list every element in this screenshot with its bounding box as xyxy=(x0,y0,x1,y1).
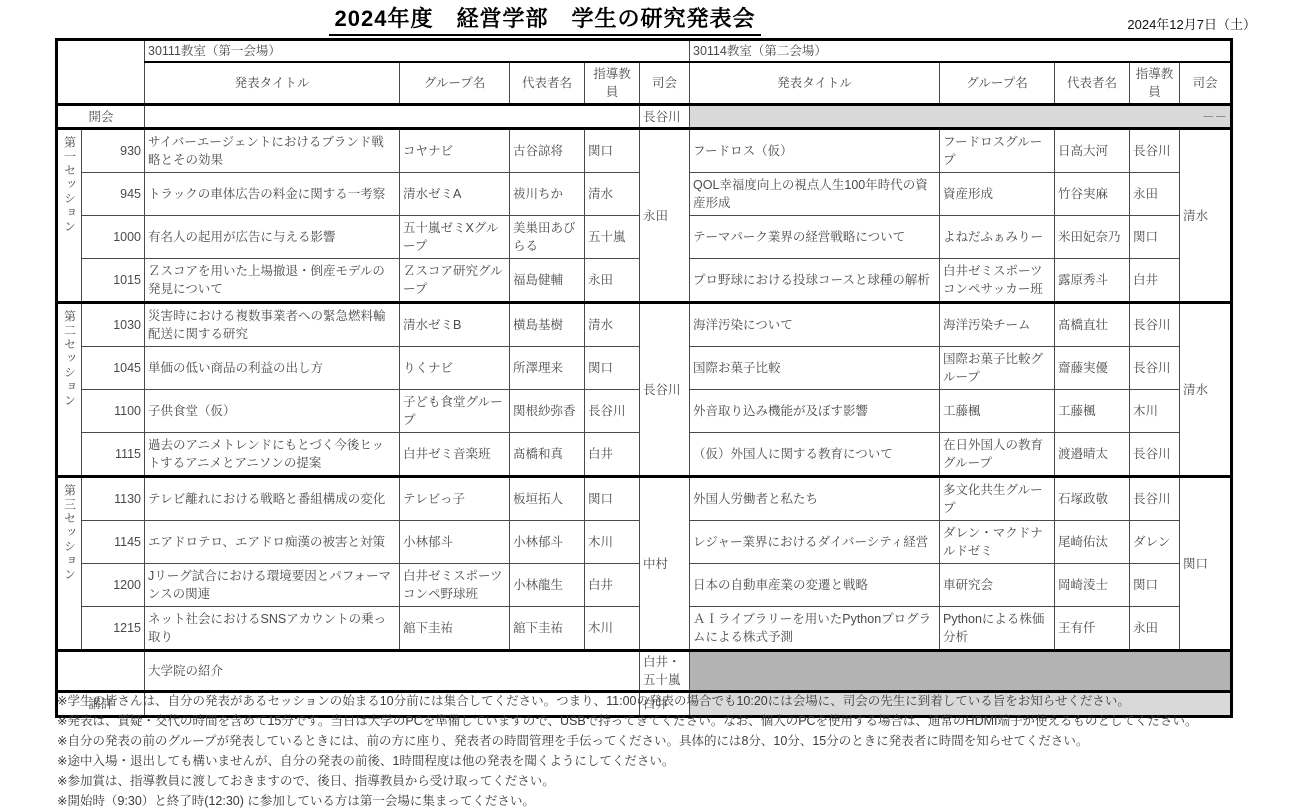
group-right: 海洋汚染チーム xyxy=(940,303,1055,347)
title-left: 子供食堂（仮） xyxy=(145,390,400,433)
session-3-label: 第三セッション xyxy=(64,484,76,644)
event-date: 2024年12月7日（土） xyxy=(1127,14,1256,33)
session-1-label: 第一セッション xyxy=(64,136,76,296)
title-right: （仮）外国人に関する教育について xyxy=(690,433,940,477)
group-right: よねだふぁみりー xyxy=(940,216,1055,259)
time-cell: 945 xyxy=(82,173,145,216)
title-left: Ｚスコアを用いた上場撤退・倒産モデルの発見について xyxy=(145,259,400,303)
advisor-left: 関口 xyxy=(585,129,640,173)
rep-right: 露原秀斗 xyxy=(1055,259,1130,303)
group-right: 在日外国人の教育グループ xyxy=(940,433,1055,477)
advisor-right: 長谷川 xyxy=(1130,347,1180,390)
colhead-title-left: 発表タイトル xyxy=(145,62,400,105)
rep-right: 齋藤実優 xyxy=(1055,347,1130,390)
moderator-left: 中村 xyxy=(640,477,690,651)
title-right: 日本の自動車産業の変遷と戦略 xyxy=(690,564,940,607)
title-right: 外国人労働者と私たち xyxy=(690,477,940,521)
rep-right: 王有仟 xyxy=(1055,607,1130,651)
group-left: 清水ゼミA xyxy=(400,173,510,216)
colhead-title-right: 発表タイトル xyxy=(690,62,940,105)
footer-notes: ※学生の皆さんは、自分の発表があるセッションの始まる10分前には集合してください… xyxy=(57,691,1297,810)
title-left: 単価の低い商品の利益の出し方 xyxy=(145,347,400,390)
time-cell: 1215 xyxy=(82,607,145,651)
advisor-left: 白井 xyxy=(585,433,640,477)
session-1-label-cell: 第一セッション xyxy=(57,129,82,303)
colhead-rep-right: 代表者名 xyxy=(1055,62,1130,105)
advisor-left: 木川 xyxy=(585,607,640,651)
rep-right: 竹谷実麻 xyxy=(1055,173,1130,216)
opening-left-blank xyxy=(145,105,640,129)
colhead-advisor-left: 指導教員 xyxy=(585,62,640,105)
group-right: 多文化共生グループ xyxy=(940,477,1055,521)
advisor-right: 長谷川 xyxy=(1130,477,1180,521)
time-cell: 1130 xyxy=(82,477,145,521)
advisor-left: 清水 xyxy=(585,303,640,347)
note-line: ※学生の皆さんは、自分の発表があるセッションの始まる10分前には集合してください… xyxy=(57,691,1297,711)
colhead-group-left: グループ名 xyxy=(400,62,510,105)
colhead-moderator-left: 司会 xyxy=(640,62,690,105)
opening-right-shaded: －－ xyxy=(690,105,1232,129)
title-right: レジャー業界におけるダイバーシティ経営 xyxy=(690,521,940,564)
colhead-rep-left: 代表者名 xyxy=(510,62,585,105)
moderator-right: 関口 xyxy=(1180,477,1232,651)
note-line: ※発表は、質疑・交代の時間を含めて15分です。当日は大学のPCを準備していますの… xyxy=(57,711,1297,731)
rep-right: 工藤楓 xyxy=(1055,390,1130,433)
grad-intro-title: 大学院の紹介 xyxy=(145,651,640,692)
rep-left: 板垣拓人 xyxy=(510,477,585,521)
rep-left: 髙橋和真 xyxy=(510,433,585,477)
rep-right: 尾崎佑汰 xyxy=(1055,521,1130,564)
title-left: Jリーグ試合における環境要因とパフォーマンスの関連 xyxy=(145,564,400,607)
opening-label: 開会 xyxy=(57,105,145,129)
advisor-right: ダレン xyxy=(1130,521,1180,564)
advisor-right: 木川 xyxy=(1130,390,1180,433)
title-right: プロ野球における投球コースと球種の解析 xyxy=(690,259,940,303)
group-left: りくナビ xyxy=(400,347,510,390)
venue-name-right: 30114教室（第二会場） xyxy=(690,40,1232,63)
time-cell: 1000 xyxy=(82,216,145,259)
session-3-label-cell: 第三セッション xyxy=(57,477,82,651)
grad-intro-moderator: 白井・五十嵐 xyxy=(640,651,690,692)
rep-left: 美巣田あびらる xyxy=(510,216,585,259)
title-left: テレビ離れにおける戦略と番組構成の変化 xyxy=(145,477,400,521)
table-row: 第一セッション 930 サイバーエージェントにおけるブランド戦略とその効果 コヤ… xyxy=(57,129,1232,173)
rep-right: 髙橋直壮 xyxy=(1055,303,1130,347)
group-right: 国際お菓子比較グループ xyxy=(940,347,1055,390)
title-right: 海洋汚染について xyxy=(690,303,940,347)
time-cell: 1030 xyxy=(82,303,145,347)
advisor-left: 白井 xyxy=(585,564,640,607)
advisor-right: 白井 xyxy=(1130,259,1180,303)
advisor-left: 永田 xyxy=(585,259,640,303)
venue-name-left: 30111教室（第一会場） xyxy=(145,40,690,63)
title-right: 国際お菓子比較 xyxy=(690,347,940,390)
advisor-left: 関口 xyxy=(585,347,640,390)
title-left: ネット社会におけるSNSアカウントの乗っ取り xyxy=(145,607,400,651)
title-left: 有名人の起用が広告に与える影響 xyxy=(145,216,400,259)
advisor-left: 清水 xyxy=(585,173,640,216)
title-left: トラックの車体広告の料金に関する一考察 xyxy=(145,173,400,216)
group-left: 小林郁斗 xyxy=(400,521,510,564)
group-right: 工藤楓 xyxy=(940,390,1055,433)
title-right: 外音取り込み機能が及ぼす影響 xyxy=(690,390,940,433)
page-root: { "page": { "title": "2024年度 経営学部 学生の研究発… xyxy=(0,0,1300,810)
time-cell: 1200 xyxy=(82,564,145,607)
schedule-table: 30111教室（第一会場） 30114教室（第二会場） 発表タイトル グループ名… xyxy=(55,38,1233,718)
group-right: Pythonによる株価分析 xyxy=(940,607,1055,651)
time-cell: 1115 xyxy=(82,433,145,477)
title-left: エアドロテロ、エアドロ痴漢の被害と対策 xyxy=(145,521,400,564)
rep-left: 横島基樹 xyxy=(510,303,585,347)
grad-intro-right-shaded xyxy=(690,651,1232,692)
title-right: QOL幸福度向上の視点人生100年時代の資産形成 xyxy=(690,173,940,216)
group-right: フードロスグループ xyxy=(940,129,1055,173)
note-line: ※途中入場・退出しても構いませんが、自分の発表の前後、1時間程度は他の発表を聞く… xyxy=(57,751,1297,771)
page-title-wrap: 2024年度 経営学部 学生の研究発表会 xyxy=(0,2,1090,36)
note-line: ※開始時（9:30）と終了時(12:30) に参加している方は第一会場に集まって… xyxy=(57,791,1297,810)
opening-left-moderator: 長谷川 xyxy=(640,105,690,129)
advisor-left: 木川 xyxy=(585,521,640,564)
session-2-label: 第二セッション xyxy=(64,310,76,470)
page-title: 2024年度 経営学部 学生の研究発表会 xyxy=(329,2,762,36)
title-right: フードロス（仮） xyxy=(690,129,940,173)
title-right: テーマパーク業界の経営戦略について xyxy=(690,216,940,259)
session-2-label-cell: 第二セッション xyxy=(57,303,82,477)
group-left: 清水ゼミB xyxy=(400,303,510,347)
rep-right: 日高大河 xyxy=(1055,129,1130,173)
note-line: ※自分の発表の前のグループが発表しているときには、前の方に座り、発表者の時間管理… xyxy=(57,731,1297,751)
advisor-left: 関口 xyxy=(585,477,640,521)
rep-left: 所澤理来 xyxy=(510,347,585,390)
rep-right: 石塚政敬 xyxy=(1055,477,1130,521)
group-left: テレビっ子 xyxy=(400,477,510,521)
group-right: ダレン・マクドナルドゼミ xyxy=(940,521,1055,564)
rep-left: 古谷諒将 xyxy=(510,129,585,173)
title-left: サイバーエージェントにおけるブランド戦略とその効果 xyxy=(145,129,400,173)
rep-left: 関根紗弥香 xyxy=(510,390,585,433)
colhead-group-right: グループ名 xyxy=(940,62,1055,105)
time-cell: 1100 xyxy=(82,390,145,433)
rep-right: 岡崎淩士 xyxy=(1055,564,1130,607)
advisor-left: 長谷川 xyxy=(585,390,640,433)
colhead-moderator-right: 司会 xyxy=(1180,62,1232,105)
advisor-right: 関口 xyxy=(1130,564,1180,607)
title-left: 災害時における複数事業者への緊急燃料輸配送に関する研究 xyxy=(145,303,400,347)
group-right: 車研究会 xyxy=(940,564,1055,607)
moderator-right: 清水 xyxy=(1180,303,1232,477)
table-row: 第二セッション 1030 災害時における複数事業者への緊急燃料輸配送に関する研究… xyxy=(57,303,1232,347)
group-left: 子ども食堂グループ xyxy=(400,390,510,433)
time-cell: 1015 xyxy=(82,259,145,303)
group-right: 白井ゼミスポーツコンペサッカー班 xyxy=(940,259,1055,303)
advisor-right: 永田 xyxy=(1130,173,1180,216)
rep-left: 福島健輔 xyxy=(510,259,585,303)
rep-left: 舘下圭祐 xyxy=(510,607,585,651)
advisor-right: 長谷川 xyxy=(1130,303,1180,347)
table-row: 第三セッション 1130 テレビ離れにおける戦略と番組構成の変化 テレビっ子 板… xyxy=(57,477,1232,521)
time-cell: 1045 xyxy=(82,347,145,390)
advisor-right: 長谷川 xyxy=(1130,129,1180,173)
group-left: Ｚスコア研究グループ xyxy=(400,259,510,303)
note-line: ※参加賞は、指導教員に渡しておきますので、後日、指導教員から受け取ってください。 xyxy=(57,771,1297,791)
title-right: ＡＩライブラリーを用いたPythonプログラムによる株式予測 xyxy=(690,607,940,651)
rep-right: 渡邉晴太 xyxy=(1055,433,1130,477)
advisor-right: 関口 xyxy=(1130,216,1180,259)
advisor-right: 永田 xyxy=(1130,607,1180,651)
grad-intro-blank xyxy=(57,651,145,692)
time-cell: 1145 xyxy=(82,521,145,564)
title-left: 過去のアニメトレンドにもとづく今後ヒットするアニメとアニソンの提案 xyxy=(145,433,400,477)
group-left: コヤナビ xyxy=(400,129,510,173)
moderator-right: 清水 xyxy=(1180,129,1232,303)
group-right: 資産形成 xyxy=(940,173,1055,216)
rep-left: 小林龍生 xyxy=(510,564,585,607)
group-left: 五十嵐ゼミXグループ xyxy=(400,216,510,259)
advisor-left: 五十嵐 xyxy=(585,216,640,259)
rep-left: 小林郁斗 xyxy=(510,521,585,564)
colhead-advisor-right: 指導教員 xyxy=(1130,62,1180,105)
moderator-left: 永田 xyxy=(640,129,690,303)
rep-left: 祓川ちか xyxy=(510,173,585,216)
time-cell: 930 xyxy=(82,129,145,173)
group-left: 白井ゼミスポーツコンペ野球班 xyxy=(400,564,510,607)
advisor-right: 長谷川 xyxy=(1130,433,1180,477)
group-left: 舘下圭祐 xyxy=(400,607,510,651)
corner-cell xyxy=(57,40,145,105)
group-left: 白井ゼミ音楽班 xyxy=(400,433,510,477)
moderator-left: 長谷川 xyxy=(640,303,690,477)
rep-right: 米田妃奈乃 xyxy=(1055,216,1130,259)
